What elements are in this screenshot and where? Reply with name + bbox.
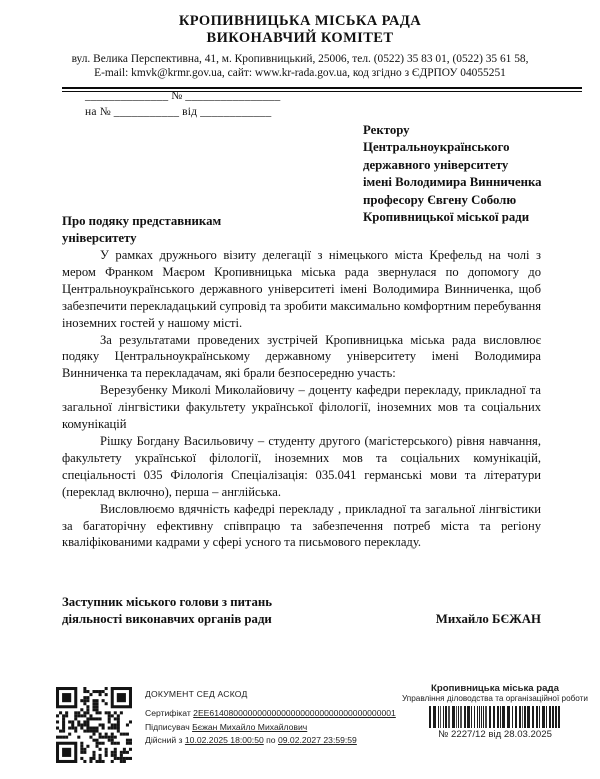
valid-from: 10.02.2025 18:00:50 (185, 735, 264, 745)
signature-block: Заступник міського голови з питань діяль… (62, 594, 541, 628)
signer-line: Підписувач Бєжан Михайло Михайлович (145, 721, 396, 734)
ref-blank: ___________ (114, 106, 179, 118)
recipient-line: імені Володимира Винниченка (363, 174, 542, 191)
address-line-2: E-mail: kmvk@krmr.gov.ua, сайт: www.kr-r… (0, 66, 600, 80)
barcode-icon (392, 706, 598, 728)
valid-to: 09.02.2027 23:59:59 (278, 735, 357, 745)
valid-label: Дійсний з (145, 735, 183, 745)
stamp-unit: Управління діловодства та організаційної… (392, 694, 598, 704)
signer-value: Бєжан Михайло Михайлович (192, 722, 307, 732)
esign-details: ДОКУМЕНТ СЕД АСКОД Сертифікат 2EE6140800… (145, 686, 396, 769)
stamp-number: № 2227/12 від 28.03.2025 (392, 729, 598, 740)
ref-vid-label: від (182, 106, 197, 118)
document-page: КРОПИВНИЦЬКА МІСЬКА РАДА ВИКОНАВЧИЙ КОМІ… (0, 0, 600, 779)
subject-block: Про подяку представникам університету (62, 213, 221, 247)
signer-position-line: діяльності виконавчих органів ради (62, 611, 272, 628)
subject-line: Про подяку представникам (62, 213, 221, 230)
org-unit: ВИКОНАВЧИЙ КОМІТЕТ (0, 30, 600, 47)
valid-to-label: по (266, 735, 275, 745)
esign-system-label: ДОКУМЕНТ СЕД АСКОД (145, 688, 396, 701)
cert-value: 2EE6140800000000000000000000000000000000… (193, 708, 396, 718)
signer-label: Підписувач (145, 722, 190, 732)
org-name: КРОПИВНИЦЬКА МІСЬКА РАДА (0, 13, 600, 30)
subject-line: університету (62, 230, 221, 247)
recipient-line: професору Євгену Соболю (363, 192, 542, 209)
qr-code-icon (56, 686, 145, 769)
reference-block: ______________ № ________________ на № _… (85, 89, 280, 120)
paragraph: Висловлюємо вдячність кафедрі перекладу … (62, 501, 541, 552)
ref-blank: ______________ (85, 90, 168, 102)
paragraph: За результатами проведених зустрічей Кро… (62, 332, 541, 383)
paragraph: Рішку Богдану Васильовичу – студенту дру… (62, 433, 541, 501)
letterhead: КРОПИВНИЦЬКА МІСЬКА РАДА ВИКОНАВЧИЙ КОМІ… (0, 0, 600, 92)
recipient-block: Ректору Центральноукраїнського державног… (363, 122, 542, 226)
recipient-line: Кропивницької міської ради (363, 209, 542, 226)
ref-on-no-label: на № (85, 106, 111, 118)
recipient-line: Ректору (363, 122, 542, 139)
reference-line-1: ______________ № ________________ (85, 89, 280, 105)
address-line-1: вул. Велика Перспективна, 41, м. Кропивн… (0, 52, 600, 66)
validity-line: Дійсний з 10.02.2025 18:00:50 по 09.02.2… (145, 734, 396, 747)
registration-stamp: Кропивницька міська рада Управління діло… (392, 683, 598, 740)
signer-name: Михайло БЄЖАН (436, 611, 541, 628)
ref-blank: ____________ (200, 106, 271, 118)
paragraph: У рамках дружнього візиту делегації з ні… (62, 247, 541, 332)
signer-position: Заступник міського голови з питань діяль… (62, 594, 272, 628)
ref-no-label: № (171, 90, 182, 102)
signer-position-line: Заступник міського голови з питань (62, 594, 272, 611)
paragraph: Верезубенку Миколі Миколайовичу – доцент… (62, 382, 541, 433)
ref-blank: ________________ (185, 90, 280, 102)
recipient-line: державного університету (363, 157, 542, 174)
recipient-line: Центральноукраїнського (363, 139, 542, 156)
cert-line: Сертифікат 2EE61408000000000000000000000… (145, 707, 396, 720)
reference-line-2: на № ___________ від ____________ (85, 105, 280, 121)
esign-block: ДОКУМЕНТ СЕД АСКОД Сертифікат 2EE6140800… (56, 686, 396, 769)
letter-body: У рамках дружнього візиту делегації з ні… (62, 247, 541, 551)
cert-label: Сертифікат (145, 708, 191, 718)
stamp-org: Кропивницька міська рада (392, 683, 598, 694)
